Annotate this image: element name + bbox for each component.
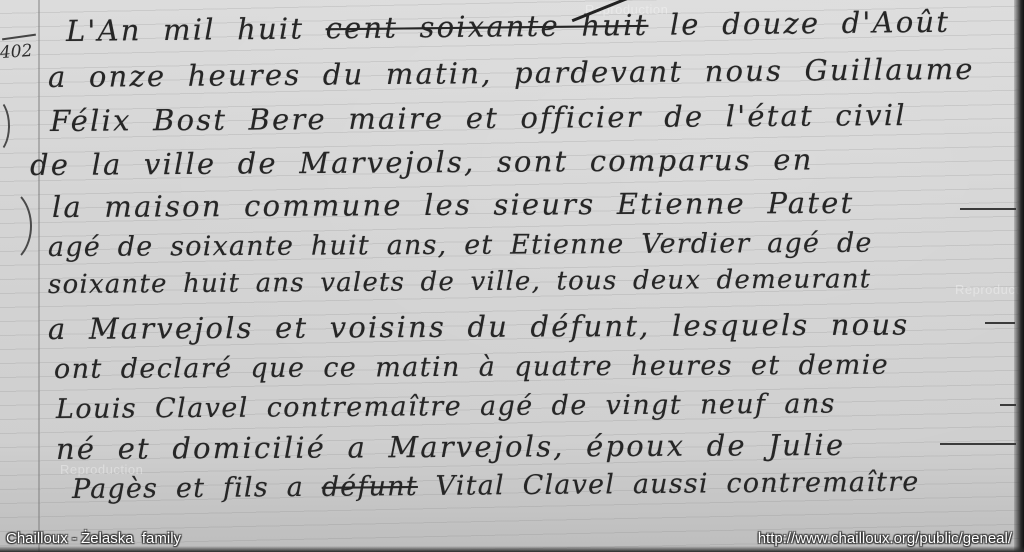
line-5-dash	[960, 208, 1016, 210]
text-line-12: Pagès et fils a défunt Vital Clavel auss…	[72, 467, 920, 505]
text-line-5: la maison commune les sieurs Etienne Pat…	[52, 186, 855, 224]
document-scan: Reproduction Reproduction Reproduction 4…	[0, 0, 1024, 552]
text-line-1: L'An mil huit cent soixante huit le douz…	[66, 5, 950, 48]
site-url-caption[interactable]: http://www.chailloux.org/public/geneal/	[758, 530, 1012, 547]
text-line-4: de la ville de Marvejols, sont comparus …	[30, 143, 814, 182]
text-line-9: ont declaré que ce matin à quatre heures…	[54, 350, 889, 385]
record-number: 402	[0, 41, 33, 63]
margin-bracket-1	[0, 98, 10, 154]
text-line-6: agé de soixante huit ans, et Etienne Ver…	[48, 228, 873, 263]
text-line-11: né et domicilié a Marvejols, époux de Ju…	[56, 428, 845, 466]
line-11-dash	[940, 443, 1016, 445]
struck-text: défunt	[322, 471, 418, 503]
line-8-dash	[985, 322, 1015, 324]
margin-stroke	[2, 34, 36, 41]
margin-bracket-2	[0, 186, 32, 266]
family-caption: Chailloux - Żelaska family	[6, 530, 181, 547]
text-line-10: Louis Clavel contremaître agé de vingt n…	[56, 389, 836, 425]
binding-edge	[1014, 0, 1024, 552]
text-line-3: Félix Bost Bere maire et officier de l'é…	[50, 98, 907, 138]
struck-text: cent soixante huit	[325, 8, 648, 45]
margin-line	[38, 0, 40, 552]
text-line-8: a Marvejols et voisins du défunt, lesque…	[48, 307, 910, 346]
text-line-2: a onze heures du matin, pardevant nous G…	[48, 52, 975, 94]
text-line-7: soixante huit ans valets de ville, tous …	[48, 264, 872, 300]
